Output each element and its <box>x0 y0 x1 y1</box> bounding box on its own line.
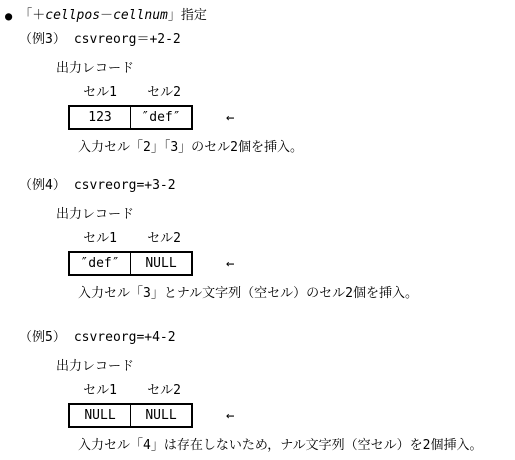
output-record-table: 123 ″def″ <box>68 105 193 130</box>
output-record-table: ″def″ NULL <box>68 251 193 276</box>
output-record-row: 123 ″def″ ← <box>68 105 515 130</box>
example-block-5: （例5）csvreorg=+4-2 出力レコード セル1 セル2 NULL NU… <box>5 331 515 453</box>
column-headers: セル1 セル2 <box>68 384 515 398</box>
output-cell-2: NULL <box>130 253 191 274</box>
example-title: （例4）csvreorg=+3-2 <box>19 179 515 193</box>
column-header-cell1: セル1 <box>68 232 132 246</box>
heading-text: 「＋cellpos－cellnum」指定 <box>19 9 207 23</box>
output-cell-1: NULL <box>70 405 130 426</box>
example-title: （例5）csvreorg=+4-2 <box>19 331 515 345</box>
left-arrow-icon: ← <box>226 111 234 125</box>
bullet-icon: ● <box>5 9 12 23</box>
output-record-row: NULL NULL ← <box>68 403 515 428</box>
heading-separator: － <box>100 8 113 23</box>
example-title: （例3）csvreorg＝+2-2 <box>19 33 515 47</box>
output-cell-2: ″def″ <box>130 107 191 128</box>
example-label: （例5） <box>19 330 66 345</box>
example-caption: 入力セル「3」とナル文字列（空セル）のセル2個を挿入。 <box>78 287 515 301</box>
left-arrow-icon: ← <box>226 409 234 423</box>
command-text: csvreorg=+3-2 <box>74 178 176 193</box>
column-headers: セル1 セル2 <box>68 232 515 246</box>
column-header-cell2: セル2 <box>132 232 196 246</box>
output-record-row: ″def″ NULL ← <box>68 251 515 276</box>
heading-open: 「＋ <box>19 8 45 23</box>
heading-var-cellpos: cellpos <box>45 8 100 23</box>
heading-var-cellnum: cellnum <box>113 8 168 23</box>
manual-page: ● 「＋cellpos－cellnum」指定 （例3）csvreorg＝+2-2… <box>0 0 515 453</box>
output-cell-1: ″def″ <box>70 253 130 274</box>
example-block-3: （例3）csvreorg＝+2-2 出力レコード セル1 セル2 123 ″de… <box>5 33 515 155</box>
output-record-label: 出力レコード <box>56 62 515 76</box>
command-text: csvreorg＝+2-2 <box>74 32 181 47</box>
example-label: （例3） <box>19 32 66 47</box>
output-cell-1: 123 <box>70 107 130 128</box>
column-header-cell1: セル1 <box>68 86 132 100</box>
output-cell-2: NULL <box>130 405 191 426</box>
column-header-cell2: セル2 <box>132 384 196 398</box>
output-record-table: NULL NULL <box>68 403 193 428</box>
output-record-label: 出力レコード <box>56 208 515 222</box>
example-label: （例4） <box>19 178 66 193</box>
column-headers: セル1 セル2 <box>68 86 515 100</box>
left-arrow-icon: ← <box>226 257 234 271</box>
example-caption: 入力セル「2」「3」のセル2個を挿入。 <box>78 141 515 155</box>
column-header-cell2: セル2 <box>132 86 196 100</box>
example-block-4: （例4）csvreorg=+3-2 出力レコード セル1 セル2 ″def″ N… <box>5 179 515 301</box>
example-caption: 入力セル「4」は存在しないため，ナル文字列（空セル）を2個挿入。 <box>78 439 515 453</box>
output-record-label: 出力レコード <box>56 360 515 374</box>
heading-close: 」指定 <box>168 8 207 23</box>
command-text: csvreorg=+4-2 <box>74 330 176 345</box>
column-header-cell1: セル1 <box>68 384 132 398</box>
section-heading: ● 「＋cellpos－cellnum」指定 <box>5 9 515 23</box>
